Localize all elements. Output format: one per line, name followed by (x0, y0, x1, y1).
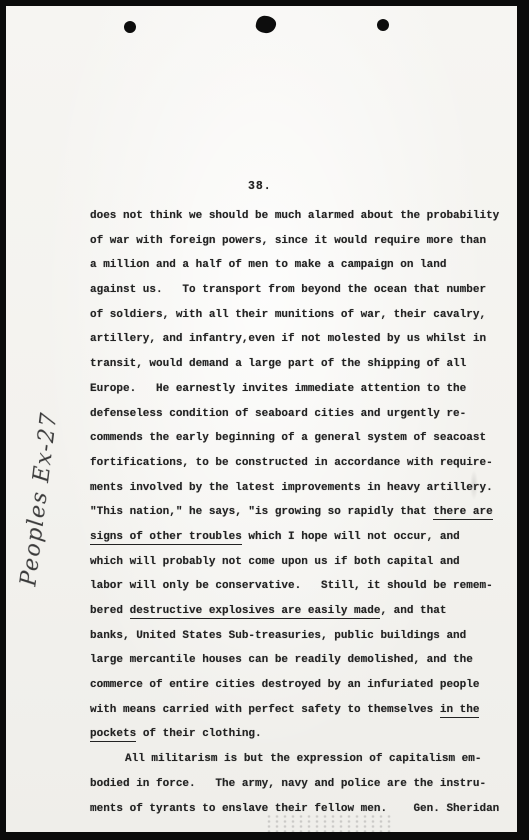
scan-border-bottom (0, 832, 529, 840)
text-segment: of their clothing. (136, 728, 261, 740)
text-line: a million and a half of men to make a ca… (90, 253, 499, 278)
text-line: bered destructive explosives are easily … (90, 599, 499, 624)
text-line: pockets of their clothing. (90, 722, 499, 747)
text-line: commerce of entire cities destroyed by a… (90, 673, 499, 698)
text-line: transit, would demand a large part of th… (90, 352, 499, 377)
text-line: which will probably not come upon us if … (90, 550, 499, 575)
text-line: bodied in force. The army, navy and poli… (90, 772, 499, 797)
text-line: banks, United States Sub-treasuries, pub… (90, 624, 499, 649)
scan-noise (265, 814, 395, 832)
scan-border-left (0, 0, 6, 840)
text-segment: which I hope will not occur, and (242, 531, 460, 543)
underlined-phrase: in the (440, 704, 480, 718)
text-segment: bodied in force. The army, navy and poli… (90, 778, 486, 790)
scan-border-right (517, 0, 529, 840)
text-segment: "This nation," he says, "is growing so r… (90, 506, 433, 518)
text-segment: of war with foreign powers, since it wou… (90, 235, 486, 247)
exhibit-margin-note: Peoples Ex-27 (5, 387, 75, 611)
text-segment: ments involved by the latest improvement… (90, 482, 493, 494)
underlined-phrase: pockets (90, 728, 136, 742)
page-number: 38. (248, 180, 272, 193)
text-segment: which will probably not come upon us if … (90, 556, 460, 568)
text-segment: of soldiers, with all their munitions of… (90, 309, 486, 321)
text-line: with means carried with perfect safety t… (90, 698, 499, 723)
text-line: against us. To transport from beyond the… (90, 278, 499, 303)
text-segment: does not think we should be much alarmed… (90, 210, 499, 222)
text-line: Europe. He earnestly invites immediate a… (90, 377, 499, 402)
text-line: commends the early beginning of a genera… (90, 426, 499, 451)
text-segment: commends the early beginning of a genera… (90, 432, 486, 444)
text-line: of soldiers, with all their munitions of… (90, 303, 499, 328)
text-segment: banks, United States Sub-treasuries, pub… (90, 630, 466, 642)
text-segment: labor will only be conservative. Still, … (90, 580, 493, 592)
text-segment: bered (90, 605, 130, 617)
text-line: labor will only be conservative. Still, … (90, 574, 499, 599)
text-segment: , and that (380, 605, 446, 617)
text-line: fortifications, to be constructed in acc… (90, 451, 499, 476)
underlined-phrase: destructive explosives are easily made (130, 605, 381, 619)
typewritten-text: does not think we should be much alarmed… (90, 204, 499, 821)
text-segment: All militarism is but the expression of … (125, 753, 481, 765)
text-line: does not think we should be much alarmed… (90, 204, 499, 229)
text-segment: defenseless condition of seaboard cities… (90, 408, 466, 420)
text-segment: transit, would demand a large part of th… (90, 358, 466, 370)
text-segment: against us. To transport from beyond the… (90, 284, 486, 296)
text-segment: with means carried with perfect safety t… (90, 704, 440, 716)
scan-border-top (0, 0, 529, 6)
text-line: artillery, and infantry,even if not mole… (90, 327, 499, 352)
punch-hole-icon (124, 21, 136, 33)
underlined-phrase: there are (433, 506, 492, 520)
punch-hole-icon (377, 19, 389, 31)
scanned-page: 38. Peoples Ex-27 does not think we shou… (0, 0, 529, 840)
text-line: ments involved by the latest improvement… (90, 476, 499, 501)
text-line: "This nation," he says, "is growing so r… (90, 500, 499, 525)
text-line: of war with foreign powers, since it wou… (90, 229, 499, 254)
text-segment: ments of tyrants to enslave their fellow… (90, 803, 499, 815)
scan-smudge (470, 470, 478, 500)
text-segment: commerce of entire cities destroyed by a… (90, 679, 479, 691)
text-segment: a million and a half of men to make a ca… (90, 259, 446, 271)
underlined-phrase: signs of other troubles (90, 531, 242, 545)
text-segment: large mercantile houses can be readily d… (90, 654, 473, 666)
text-line: signs of other troubles which I hope wil… (90, 525, 499, 550)
text-segment: Europe. He earnestly invites immediate a… (90, 383, 466, 395)
torn-hole-icon (255, 15, 277, 35)
text-line: All militarism is but the expression of … (90, 747, 499, 772)
text-line: large mercantile houses can be readily d… (90, 648, 499, 673)
text-segment: artillery, and infantry,even if not mole… (90, 333, 486, 345)
text-segment: fortifications, to be constructed in acc… (90, 457, 493, 469)
text-line: defenseless condition of seaboard cities… (90, 402, 499, 427)
